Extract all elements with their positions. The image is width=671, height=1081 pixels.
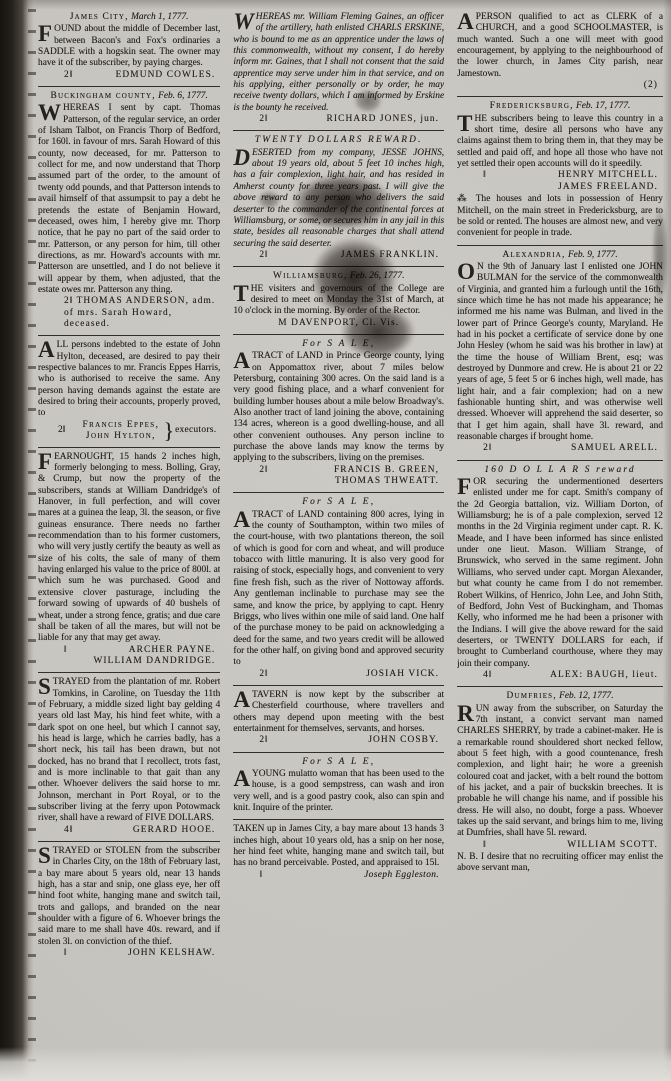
drop-cap-letter: T <box>233 284 250 304</box>
ad-body-text: ATRACT of LAND in Prince George county, … <box>233 351 444 464</box>
ad-separator-rule <box>38 447 220 448</box>
signature-line: WILLIAM DANDRIDGE. <box>38 656 220 667</box>
ad-separator-rule <box>457 245 663 246</box>
signature-mark: 2‖ <box>64 296 73 307</box>
executor-name: Francis Eppes, <box>79 420 162 431</box>
ad-body-text: APERSON qualified to act as CLERK of a C… <box>457 12 663 80</box>
drop-cap-letter: A <box>233 690 252 710</box>
signature-name: JOSIAH VICK. <box>366 669 439 680</box>
advertisement: FEARNOUGHT, 15 hands 2 inches high, form… <box>38 452 220 668</box>
signature-line: 4‖GERARD HOOE. <box>38 825 220 836</box>
signature-line: ‖HENRY MITCHELL. <box>457 170 663 181</box>
ad-separator-rule <box>233 492 444 493</box>
drop-cap-letter: W <box>233 12 255 32</box>
ad-body-text: ON the 9th of January last I enlisted on… <box>457 262 663 444</box>
ad-body-text: RUN away from the subscriber, on Saturda… <box>457 704 663 840</box>
advertisement: Buckingham county, Feb. 6, 1777.WHEREAS … <box>38 91 220 330</box>
advertisement: 160 D O L L A R S rewardFOR securing the… <box>457 465 663 682</box>
signature-mark: ‖ <box>64 645 68 656</box>
signature-line: 2‖FRANCIS B. GREEN, <box>233 465 444 476</box>
advertisement: Fredericksburg, Feb. 17, 1777.THE subscr… <box>457 101 663 239</box>
advertisement: ALL persons indebted to the estate of Jo… <box>38 340 220 441</box>
drop-cap-letter: A <box>233 510 252 530</box>
ad-separator-rule <box>457 686 663 687</box>
dateline-date: March 1, 1777. <box>131 12 188 22</box>
drop-cap-letter: F <box>38 24 54 44</box>
ad-body-text: FEARNOUGHT, 15 hands 2 inches high, form… <box>38 452 220 645</box>
signature-line: 4‖ALEX: BAUGH, lieut. <box>457 670 663 681</box>
ad-body-text: THE subscribers being to leave this coun… <box>457 114 663 171</box>
signature-line: 2‖THOMAS ANDERSON, adm. <box>38 296 220 307</box>
advertisement: Dumfries, Feb. 12, 1777.RUN away from th… <box>457 691 663 875</box>
executor-names: Francis Eppes,John Hylton, <box>79 420 162 442</box>
ad-note: ⁂ The houses and lots in possession of H… <box>457 194 663 239</box>
ad-body-text: AYOUNG mulatto woman that has been used … <box>233 769 444 814</box>
ad-dateline: James City, March 1, 1777. <box>38 12 220 23</box>
ad-body-text: ATRACT of LAND containing 800 acres, lyi… <box>233 510 444 669</box>
drop-cap-letter: A <box>457 12 476 32</box>
ad-separator-rule <box>457 460 663 461</box>
ad-note: N. B. I desire that no recruiting office… <box>457 852 663 875</box>
ink-blot <box>254 188 284 212</box>
advertisement: TAKEN up in James City, a bay mare about… <box>233 824 444 881</box>
advertisement: STRAYED from the plantation of mr. Rober… <box>38 677 220 836</box>
signature-line: JAMES FREELAND. <box>457 182 663 193</box>
signature-line: ‖Joseph Eggleston. <box>233 870 444 881</box>
ad-heading: TWENTY DOLLARS REWARD. <box>233 135 444 146</box>
signature-name: ARCHER PAYNE. <box>129 645 216 656</box>
ad-body-text: ALL persons indebted to the estate of Jo… <box>38 340 220 419</box>
signature-mark: 2‖ <box>259 114 268 125</box>
signature-line: 2‖SAMUEL ARELL. <box>457 443 663 454</box>
ad-body-text: WHEREAS I sent by capt. Thomas Patterson… <box>38 103 220 296</box>
drop-cap-letter: T <box>457 114 474 134</box>
page-right-shade <box>663 0 671 1081</box>
signature-line: of mrs. Sarah Howard, deceased. <box>38 308 220 331</box>
drop-cap-letter: W <box>38 103 63 123</box>
signature-line: 2‖JOSIAH VICK. <box>233 669 444 680</box>
ad-heading: For S A L E, <box>233 497 444 508</box>
advertisement: James City, March 1, 1777.FOUND about th… <box>38 12 220 81</box>
signature-mark: ‖ <box>483 170 487 181</box>
ad-dateline: Fredericksburg, Feb. 17, 1777. <box>457 101 663 112</box>
signature-mark: 4‖ <box>483 670 492 681</box>
ad-separator-rule <box>38 672 220 673</box>
signature-name: THOMAS THWEATT. <box>335 476 439 487</box>
signature-line: ‖JOHN KELSHAW. <box>38 948 220 959</box>
signature-name: RICHARD JONES, jun. <box>327 114 440 125</box>
signature-name: THOMAS ANDERSON, adm. <box>77 296 216 307</box>
dateline-date: Feb. 9, 1777. <box>568 250 618 260</box>
signature-name: FRANCIS B. GREEN, <box>334 465 439 476</box>
signature-mark: 2‖ <box>483 443 492 454</box>
signature-name: Joseph Eggleston. <box>364 870 439 881</box>
ad-separator-rule <box>233 685 444 686</box>
signature-name: JOHN COSBY. <box>368 735 439 746</box>
drop-cap-letter: D <box>233 148 252 168</box>
signature-name: JAMES FREELAND. <box>558 182 658 193</box>
signature-line: ‖WILLIAM SCOTT. <box>457 840 663 851</box>
ad-body-text: ATAVERN is now kept by the subscriber at… <box>233 690 444 735</box>
dateline-place: Dumfries, <box>507 691 557 701</box>
signature-name: of mrs. Sarah Howard, deceased. <box>64 308 215 331</box>
drop-cap-letter: S <box>38 677 53 697</box>
signature-mark: ‖ <box>483 840 487 851</box>
executors-signature-block: 2‖Francis Eppes,John Hylton,}executors. <box>38 420 220 442</box>
drop-cap-letter: R <box>457 704 476 724</box>
signature-line: (2) <box>457 80 663 91</box>
dateline-place: Alexandria, <box>502 250 565 260</box>
signature-line: ‖ARCHER PAYNE. <box>38 645 220 656</box>
ad-separator-rule <box>233 130 444 131</box>
signature-name: SAMUEL ARELL. <box>571 443 658 454</box>
signature-name: WILLIAM SCOTT. <box>567 840 658 851</box>
signature-mark: ‖ <box>64 948 68 959</box>
advertisement: For S A L E,ATRACT of LAND containing 80… <box>233 497 444 680</box>
drop-cap-letter: O <box>457 262 477 282</box>
dateline-date: Feb. 12, 1777. <box>559 691 613 701</box>
signature-line: THOMAS THWEATT. <box>233 476 444 487</box>
newspaper-page: James City, March 1, 1777.FOUND about th… <box>0 0 671 1081</box>
brace-glyph: } <box>164 421 175 441</box>
advertisement: STRAYED or STOLEN from the subscriber in… <box>38 846 220 959</box>
signature-name: ALEX: BAUGH, lieut. <box>550 670 658 681</box>
binding-specks <box>28 0 36 1081</box>
ad-separator-rule <box>457 96 663 97</box>
ad-separator-rule <box>233 819 444 820</box>
dateline-date: Feb. 6, 1777. <box>158 91 208 101</box>
signature-name: HENRY MITCHELL. <box>558 170 658 181</box>
drop-cap-letter: S <box>38 846 53 866</box>
dateline-date: Feb. 17, 1777. <box>576 101 630 111</box>
signature-line: 2‖RICHARD JONES, jun. <box>233 114 444 125</box>
signature-name: (2) <box>644 80 658 91</box>
signature-name: WILLIAM DANDRIDGE. <box>93 656 215 667</box>
signature-line: 2‖JOHN COSBY. <box>233 735 444 746</box>
signature-mark: 2‖ <box>259 465 268 476</box>
torn-bottom-edge <box>0 1047 671 1081</box>
ad-body-text: FOUND about the middle of December last,… <box>38 24 220 69</box>
signature-name: GERARD HOOE. <box>133 825 215 836</box>
advertisement: WHEREAS mr. William Fleming Gaines, an o… <box>233 12 444 125</box>
ad-separator-rule <box>38 86 220 87</box>
ad-body-text: WHEREAS mr. William Fleming Gaines, an o… <box>233 12 444 114</box>
signature-mark: 2‖ <box>64 70 73 81</box>
column-3: APERSON qualified to act as CLERK of a C… <box>457 12 663 1058</box>
ink-blot <box>650 192 670 320</box>
column-1: James City, March 1, 1777.FOUND about th… <box>38 12 220 1058</box>
ad-dateline: Alexandria, Feb. 9, 1777. <box>457 250 663 261</box>
ink-blot <box>330 298 426 366</box>
signature-mark: 2‖ <box>259 735 268 746</box>
ad-separator-rule <box>38 841 220 842</box>
advertisement: APERSON qualified to act as CLERK of a C… <box>457 12 663 91</box>
signature-name: EDMUND COWLES. <box>116 70 216 81</box>
ad-body-text: STRAYED or STOLEN from the subscriber in… <box>38 846 220 948</box>
drop-cap-letter: F <box>457 477 473 497</box>
ad-heading: For S A L E, <box>233 757 444 768</box>
ad-body-text: FOR securing the undermentioned deserter… <box>457 477 663 670</box>
drop-cap-letter: A <box>233 351 252 371</box>
advertisement: For S A L E,AYOUNG mulatto woman that ha… <box>233 757 444 815</box>
signature-mark: 2‖ <box>259 250 268 261</box>
drop-cap-letter: F <box>38 452 54 472</box>
ad-dateline: Dumfries, Feb. 12, 1777. <box>457 691 663 702</box>
executor-name: John Hylton, <box>79 431 162 442</box>
dateline-place: James City, <box>70 12 129 22</box>
signature-line: 2‖EDMUND COWLES. <box>38 70 220 81</box>
ad-dateline: Buckingham county, Feb. 6, 1777. <box>38 91 220 102</box>
ad-body-text: TAKEN up in James City, a bay mare about… <box>233 824 444 869</box>
ad-separator-rule <box>38 335 220 336</box>
drop-cap-letter: A <box>38 340 57 360</box>
page-top-shade <box>0 0 671 10</box>
dateline-place: Buckingham county, <box>51 91 156 101</box>
signature-mark: 4‖ <box>64 825 73 836</box>
dateline-place: Fredericksburg, <box>490 101 574 111</box>
advertisement: Alexandria, Feb. 9, 1777.ON the 9th of J… <box>457 250 663 455</box>
ink-blot <box>350 86 386 116</box>
signature-name: JOHN KELSHAW. <box>128 948 215 959</box>
signature-mark: 2‖ <box>58 425 65 436</box>
ad-heading: 160 D O L L A R S reward <box>457 465 663 476</box>
executors-label: executors. <box>175 425 216 436</box>
ad-body-text: STRAYED from the plantation of mr. Rober… <box>38 677 220 824</box>
advertisement: ATAVERN is now kept by the subscriber at… <box>233 690 444 747</box>
advertisement: For S A L E,ATRACT of LAND in Prince Geo… <box>233 339 444 487</box>
drop-cap-letter: A <box>233 769 252 789</box>
ad-separator-rule <box>233 752 444 753</box>
signature-mark: ‖ <box>259 870 263 881</box>
signature-mark: 2‖ <box>259 669 268 680</box>
